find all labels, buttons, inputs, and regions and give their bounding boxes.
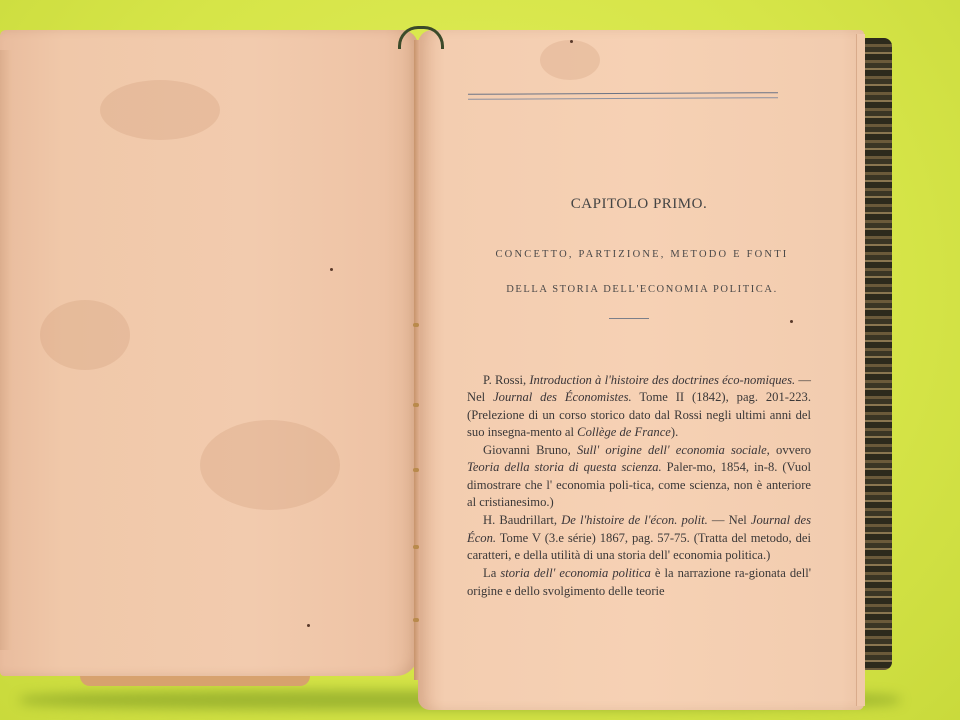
stitch: [413, 468, 419, 472]
paper-speck: [330, 268, 333, 271]
text-segment: Tome V (3.e série) 1867, pag. 57-75. (Tr…: [467, 531, 811, 562]
italic-title: De l'histoire de l'écon. polit.: [561, 513, 708, 527]
paper-speck: [790, 320, 793, 323]
body-paragraph: La storia dell' economia politica è la n…: [467, 565, 811, 600]
paper-stain: [540, 40, 600, 80]
italic-title: Collège de France: [577, 425, 671, 439]
text-segment: La: [483, 566, 500, 580]
section-divider: [609, 318, 649, 319]
paper-speck: [570, 40, 573, 43]
italic-term: storia dell' economia politica: [500, 566, 651, 580]
left-page-fold: [0, 50, 12, 650]
right-page-fore-edge: [856, 34, 865, 706]
chapter-subtitle-line-1: CONCETTO, PARTIZIONE, METODO E FONTI: [462, 249, 822, 260]
body-text: P. Rossi, Introduction à l'histoire des …: [467, 372, 811, 600]
text-segment: ovvero: [770, 443, 811, 457]
chapter-title: CAPITOLO PRIMO.: [466, 196, 812, 213]
marbled-cover-edge: [862, 38, 892, 670]
bibliography-entry-bruno: Giovanni Bruno, Sull' origine dell' econ…: [467, 442, 811, 511]
stitch: [413, 545, 419, 549]
italic-title: Journal des Économistes.: [493, 390, 632, 404]
paper-stain: [200, 420, 340, 510]
bibliography-entry-rossi: P. Rossi, Introduction à l'histoire des …: [467, 372, 811, 441]
stitch: [413, 403, 419, 407]
right-page: [418, 30, 864, 710]
text-segment: ).: [671, 425, 678, 439]
text-segment: H. Baudrillart,: [483, 513, 561, 527]
chapter-subtitle-line-2: DELLA STORIA DELL'ECONOMIA POLITICA.: [462, 284, 822, 295]
bibliography-entry-baudrillart: H. Baudrillart, De l'histoire de l'écon.…: [467, 512, 811, 564]
stitch: [413, 323, 419, 327]
text-segment: Giovanni Bruno,: [483, 443, 577, 457]
paper-stain: [40, 300, 130, 370]
stitch: [413, 618, 419, 622]
text-segment: P. Rossi,: [483, 373, 529, 387]
italic-title: Sull' origine dell' economia sociale,: [577, 443, 770, 457]
text-segment: — Nel: [708, 513, 751, 527]
left-page-lower-edge: [80, 676, 310, 686]
book-gutter: [414, 40, 420, 680]
paper-stain: [100, 80, 220, 140]
italic-title: Teoria della storia di questa scienza.: [467, 460, 662, 474]
paper-speck: [307, 624, 310, 627]
italic-title: Introduction à l'histoire des doctrines …: [529, 373, 795, 387]
